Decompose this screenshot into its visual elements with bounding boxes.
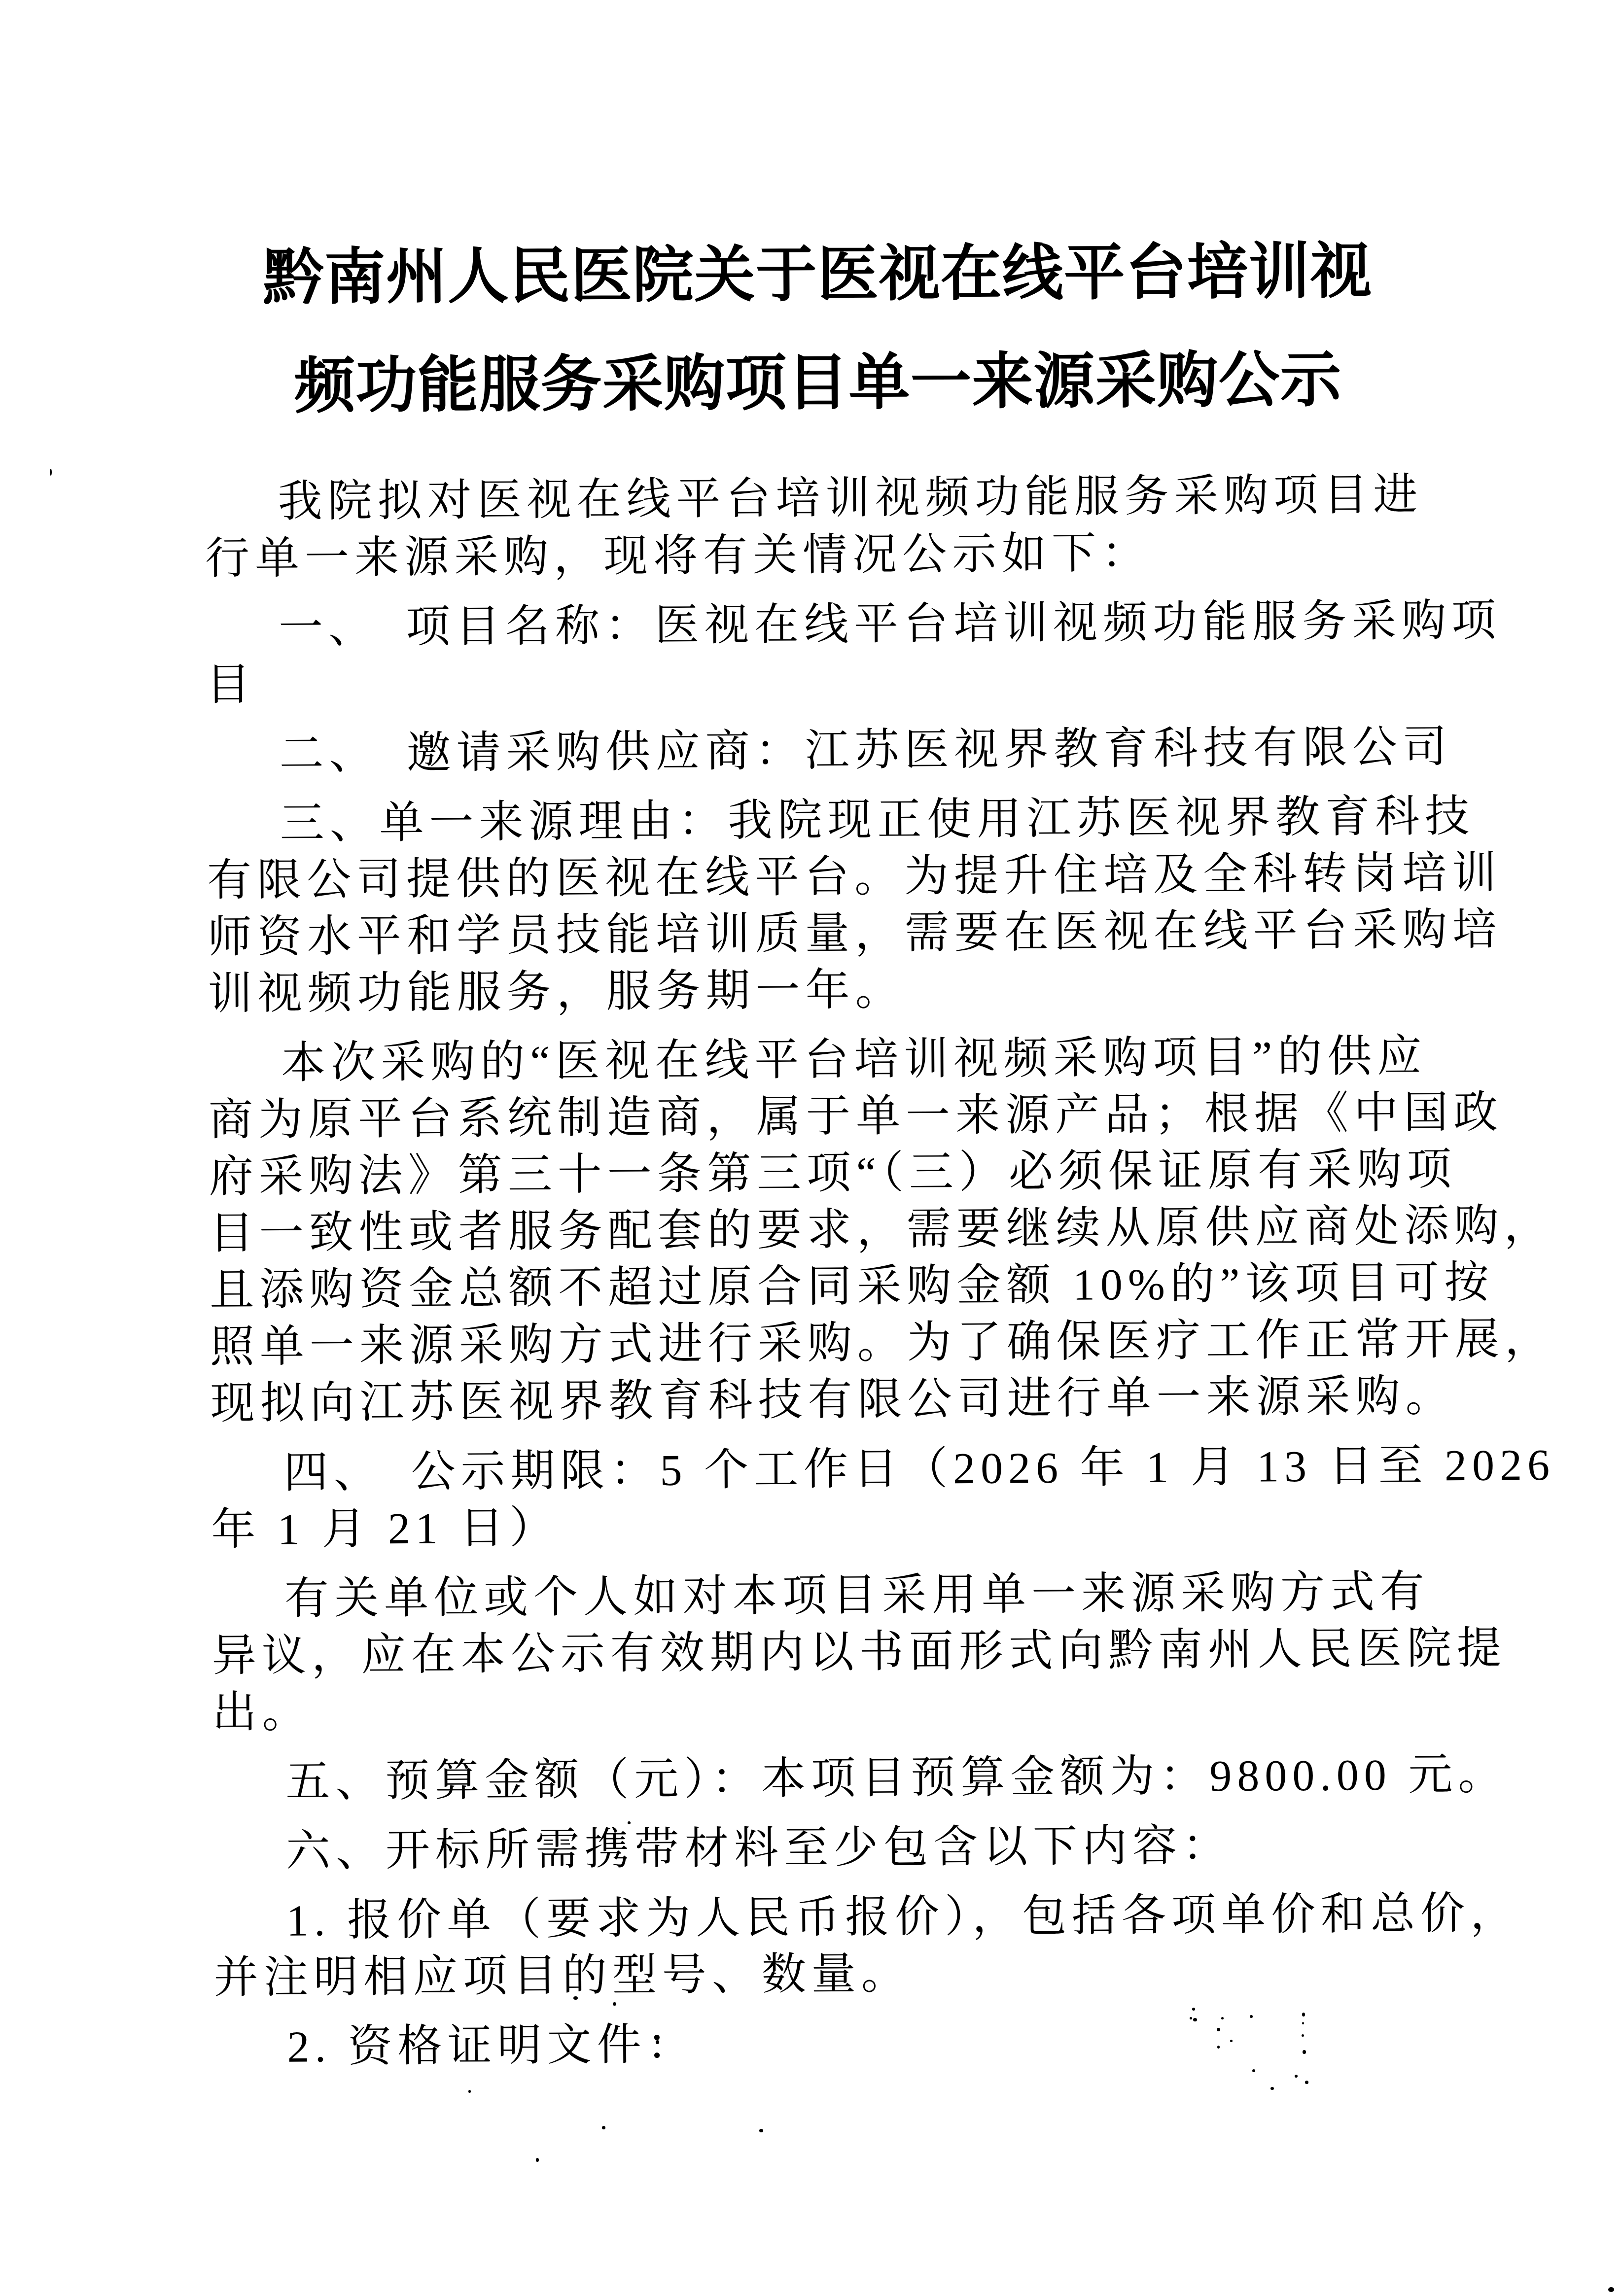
text-line: 现拟向江苏医视界教育科技有限公司进行单一来源采购。 — [210, 1368, 1438, 1432]
scan-speck — [1303, 2050, 1306, 2054]
text-line: 出。 — [212, 1677, 1440, 1741]
scan-speck — [894, 1850, 898, 1853]
text-line: 商为原平台系统制造商，属于单一来源产品；根据《中国政 — [209, 1084, 1437, 1148]
scan-speck — [759, 2129, 763, 2132]
scan-speck — [1190, 2017, 1192, 2019]
scan-speck — [1608, 2287, 1614, 2292]
text-line: 目一致性或者服务配套的要求，需要继续从原供应商处添购， — [209, 1198, 1437, 1262]
text-line: 目 — [206, 649, 1434, 713]
text-line: 异议，应在本公示有效期内以书面形式向黔南州人民医院提 — [212, 1620, 1440, 1684]
document-title-line-2: 频功能服务采购项目单一来源采购公示 — [204, 325, 1432, 441]
scan-speck — [1305, 2081, 1308, 2084]
scan-speck — [1302, 2022, 1304, 2024]
document-body: 我院拟对医视在线平台培训视频功能服务采购项目进行单一来源采购，现将有关情况公示如… — [205, 466, 1442, 2076]
text-line: 四、 公示期限：5 个工作日（2026 年 1 月 13 日至 2026 — [211, 1437, 1439, 1501]
scan-speck — [1217, 2028, 1220, 2031]
scan-speck — [468, 2090, 471, 2093]
scan-speck — [1230, 2040, 1233, 2042]
scan-speck — [1192, 2008, 1195, 2011]
text-line: 年 1 月 21 日） — [211, 1494, 1439, 1558]
text-line: 我院拟对医视在线平台培训视频功能服务采购项目进 — [205, 466, 1433, 530]
scan-speck — [1086, 1846, 1089, 1849]
scan-speck — [613, 2002, 616, 2006]
scan-speck — [1252, 2069, 1255, 2072]
text-line: 有关单位或个人如对本项目采用单一来源采购方式有 — [212, 1564, 1440, 1628]
text-line: 二、 邀请采购供应商：江苏医视界教育科技有限公司 — [206, 719, 1434, 783]
scanned-document-page: 黔南州人民医院关于医视在线平台培训视 频功能服务采购项目单一来源采购公示 我院拟… — [0, 0, 1622, 2296]
text-line: 三、单一来源理由：我院现正使用江苏医视界教育科技 — [207, 788, 1435, 852]
text-line: 六、开标所需携带材料至少包含以下内容： — [213, 1816, 1441, 1880]
scan-speck — [1250, 2015, 1253, 2018]
text-line: 府采购法》第三十一条第三项“（三）必须保证原有采购项 — [209, 1141, 1437, 1205]
scan-speck — [536, 2158, 539, 2162]
document-title-line-1: 黔南州人民医院关于医视在线平台培训视 — [203, 217, 1431, 333]
scan-speck — [1221, 2017, 1224, 2019]
scan-speck — [1302, 2013, 1305, 2017]
scan-speck — [573, 1996, 578, 2000]
text-line: 师资水平和学员技能培训质量，需要在医视在线平台采购培 — [208, 902, 1436, 966]
scan-speck — [628, 1821, 631, 1824]
scan-speck — [292, 1287, 296, 1293]
scan-speck — [1270, 2087, 1274, 2090]
document-title: 黔南州人民医院关于医视在线平台培训视 频功能服务采购项目单一来源采购公示 — [203, 217, 1432, 441]
scan-speck — [1295, 2075, 1298, 2078]
text-line: 照单一来源采购方式进行采购。为了确保医疗工作正常开展， — [210, 1311, 1438, 1375]
text-line: 五、预算金额（元）：本项目预算金额为：9800.00 元。 — [212, 1746, 1441, 1810]
text-line: 训视频功能服务，服务期一年。 — [208, 958, 1436, 1022]
scan-speck — [919, 1854, 922, 1856]
scan-speck — [50, 469, 52, 476]
scan-speck — [1302, 2034, 1304, 2037]
text-line: 一、 项目名称：医视在线平台培训视频功能服务采购项 — [206, 592, 1434, 657]
text-line: 1. 报价单（要求为人民币报价），包括各项单价和总价， — [213, 1885, 1442, 1949]
text-line: 且添购资金总额不超过原合同采购金额 10%的”该项目可按 — [210, 1254, 1438, 1319]
scan-speck — [1193, 2018, 1197, 2021]
scan-speck — [656, 2040, 659, 2044]
document-content: 黔南州人民医院关于医视在线平台培训视 频功能服务采购项目单一来源采购公示 我院拟… — [203, 217, 1442, 2076]
text-line: 并注明相应项目的型号、数量。 — [213, 1942, 1442, 2006]
scan-speck — [1217, 2046, 1220, 2049]
text-line: 本次采购的“医视在线平台培训视频采购项目”的供应 — [208, 1028, 1436, 1092]
text-line: 行单一来源采购，现将有关情况公示如下： — [205, 523, 1433, 587]
text-line: 有限公司提供的医视在线平台。为提升住培及全科转岗培训 — [207, 845, 1435, 909]
scan-speck — [602, 2126, 605, 2129]
text-line: 2. 资格证明文件： — [214, 2012, 1442, 2076]
